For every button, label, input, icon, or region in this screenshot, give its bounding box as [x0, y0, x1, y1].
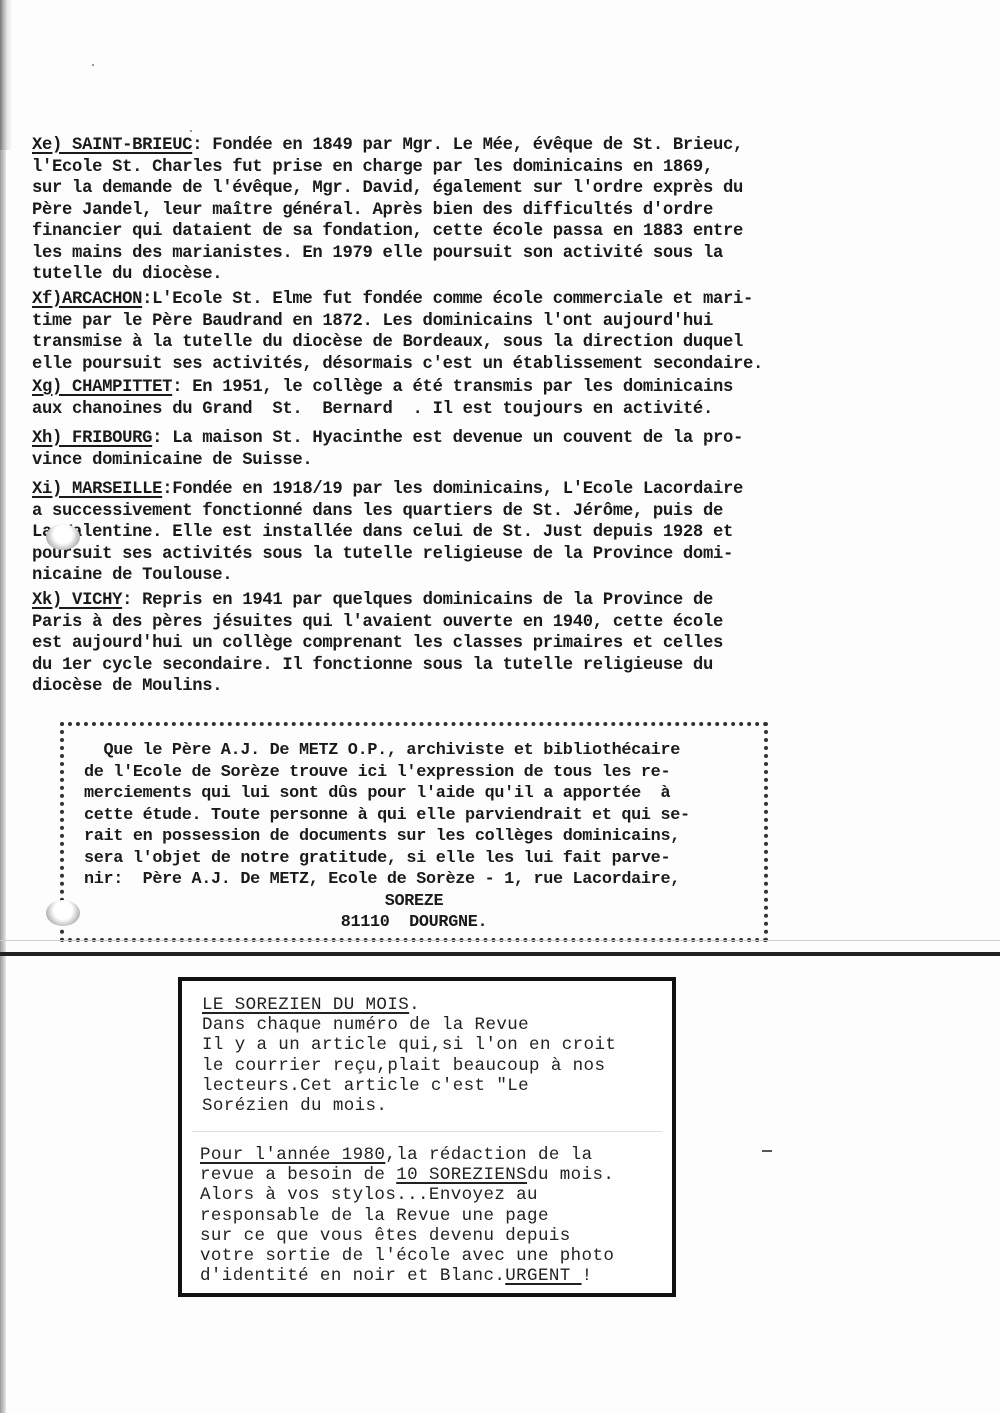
acknowledgement-box: Que le Père A.J. De METZ O.P., archivist…	[60, 722, 768, 942]
sorezien-du-mois-box: LE SOREZIEN DU MOIS. Dans chaque numéro …	[178, 977, 676, 1297]
section-champittet: Xg) CHAMPITTET: En 1951, le collège a ét…	[32, 377, 822, 420]
scan-corner-shadow	[0, 0, 30, 150]
acknowledgement-text: Que le Père A.J. De METZ O.P., archivist…	[84, 740, 744, 934]
scan-speck	[190, 130, 192, 132]
section-fribourg: Xh) FRIBOURG: La maison St. Hyacinthe es…	[32, 428, 822, 471]
scan-speck	[92, 64, 94, 66]
punch-hole	[46, 900, 80, 926]
section-heading: Xf)ARCACHON	[32, 290, 142, 309]
section-heading: Xg) CHAMPITTET	[32, 378, 172, 397]
sorezien-appeal: Pour l'année 1980,la rédaction de la rev…	[200, 1145, 614, 1286]
margin-mark	[762, 1150, 772, 1152]
urgent-label: URGENT	[505, 1266, 581, 1286]
section-heading: Xk) VICHY	[32, 591, 122, 610]
paste-edge	[0, 940, 1000, 941]
section-arcachon: Xf)ARCACHON:L'Ecole St. Elme fut fondée …	[32, 289, 822, 375]
sorezien-title: LE SOREZIEN DU MOIS	[202, 995, 409, 1015]
section-marseille: Xi) MARSEILLE:Fondée en 1918/19 par les …	[32, 479, 822, 587]
section-heading: Xi) MARSEILLE	[32, 480, 162, 499]
punch-hole	[46, 524, 80, 550]
address-postal: 81110 DOURGNE.	[84, 912, 744, 934]
section-heading: Xh) FRIBOURG	[32, 429, 152, 448]
section-vichy: Xk) VICHY: Repris en 1941 par quelques d…	[32, 590, 822, 698]
sorezien-intro: LE SOREZIEN DU MOIS. Dans chaque numéro …	[202, 995, 616, 1116]
section-saint-brieuc: Xe) SAINT-BRIEUC: Fondée en 1849 par Mgr…	[32, 135, 822, 286]
cut-line-divider	[0, 952, 1000, 956]
address-city: SOREZE	[84, 891, 744, 913]
paste-edge	[192, 1131, 662, 1132]
page-edge-shadow	[0, 0, 6, 1413]
section-heading: Xe) SAINT-BRIEUC	[32, 136, 192, 155]
